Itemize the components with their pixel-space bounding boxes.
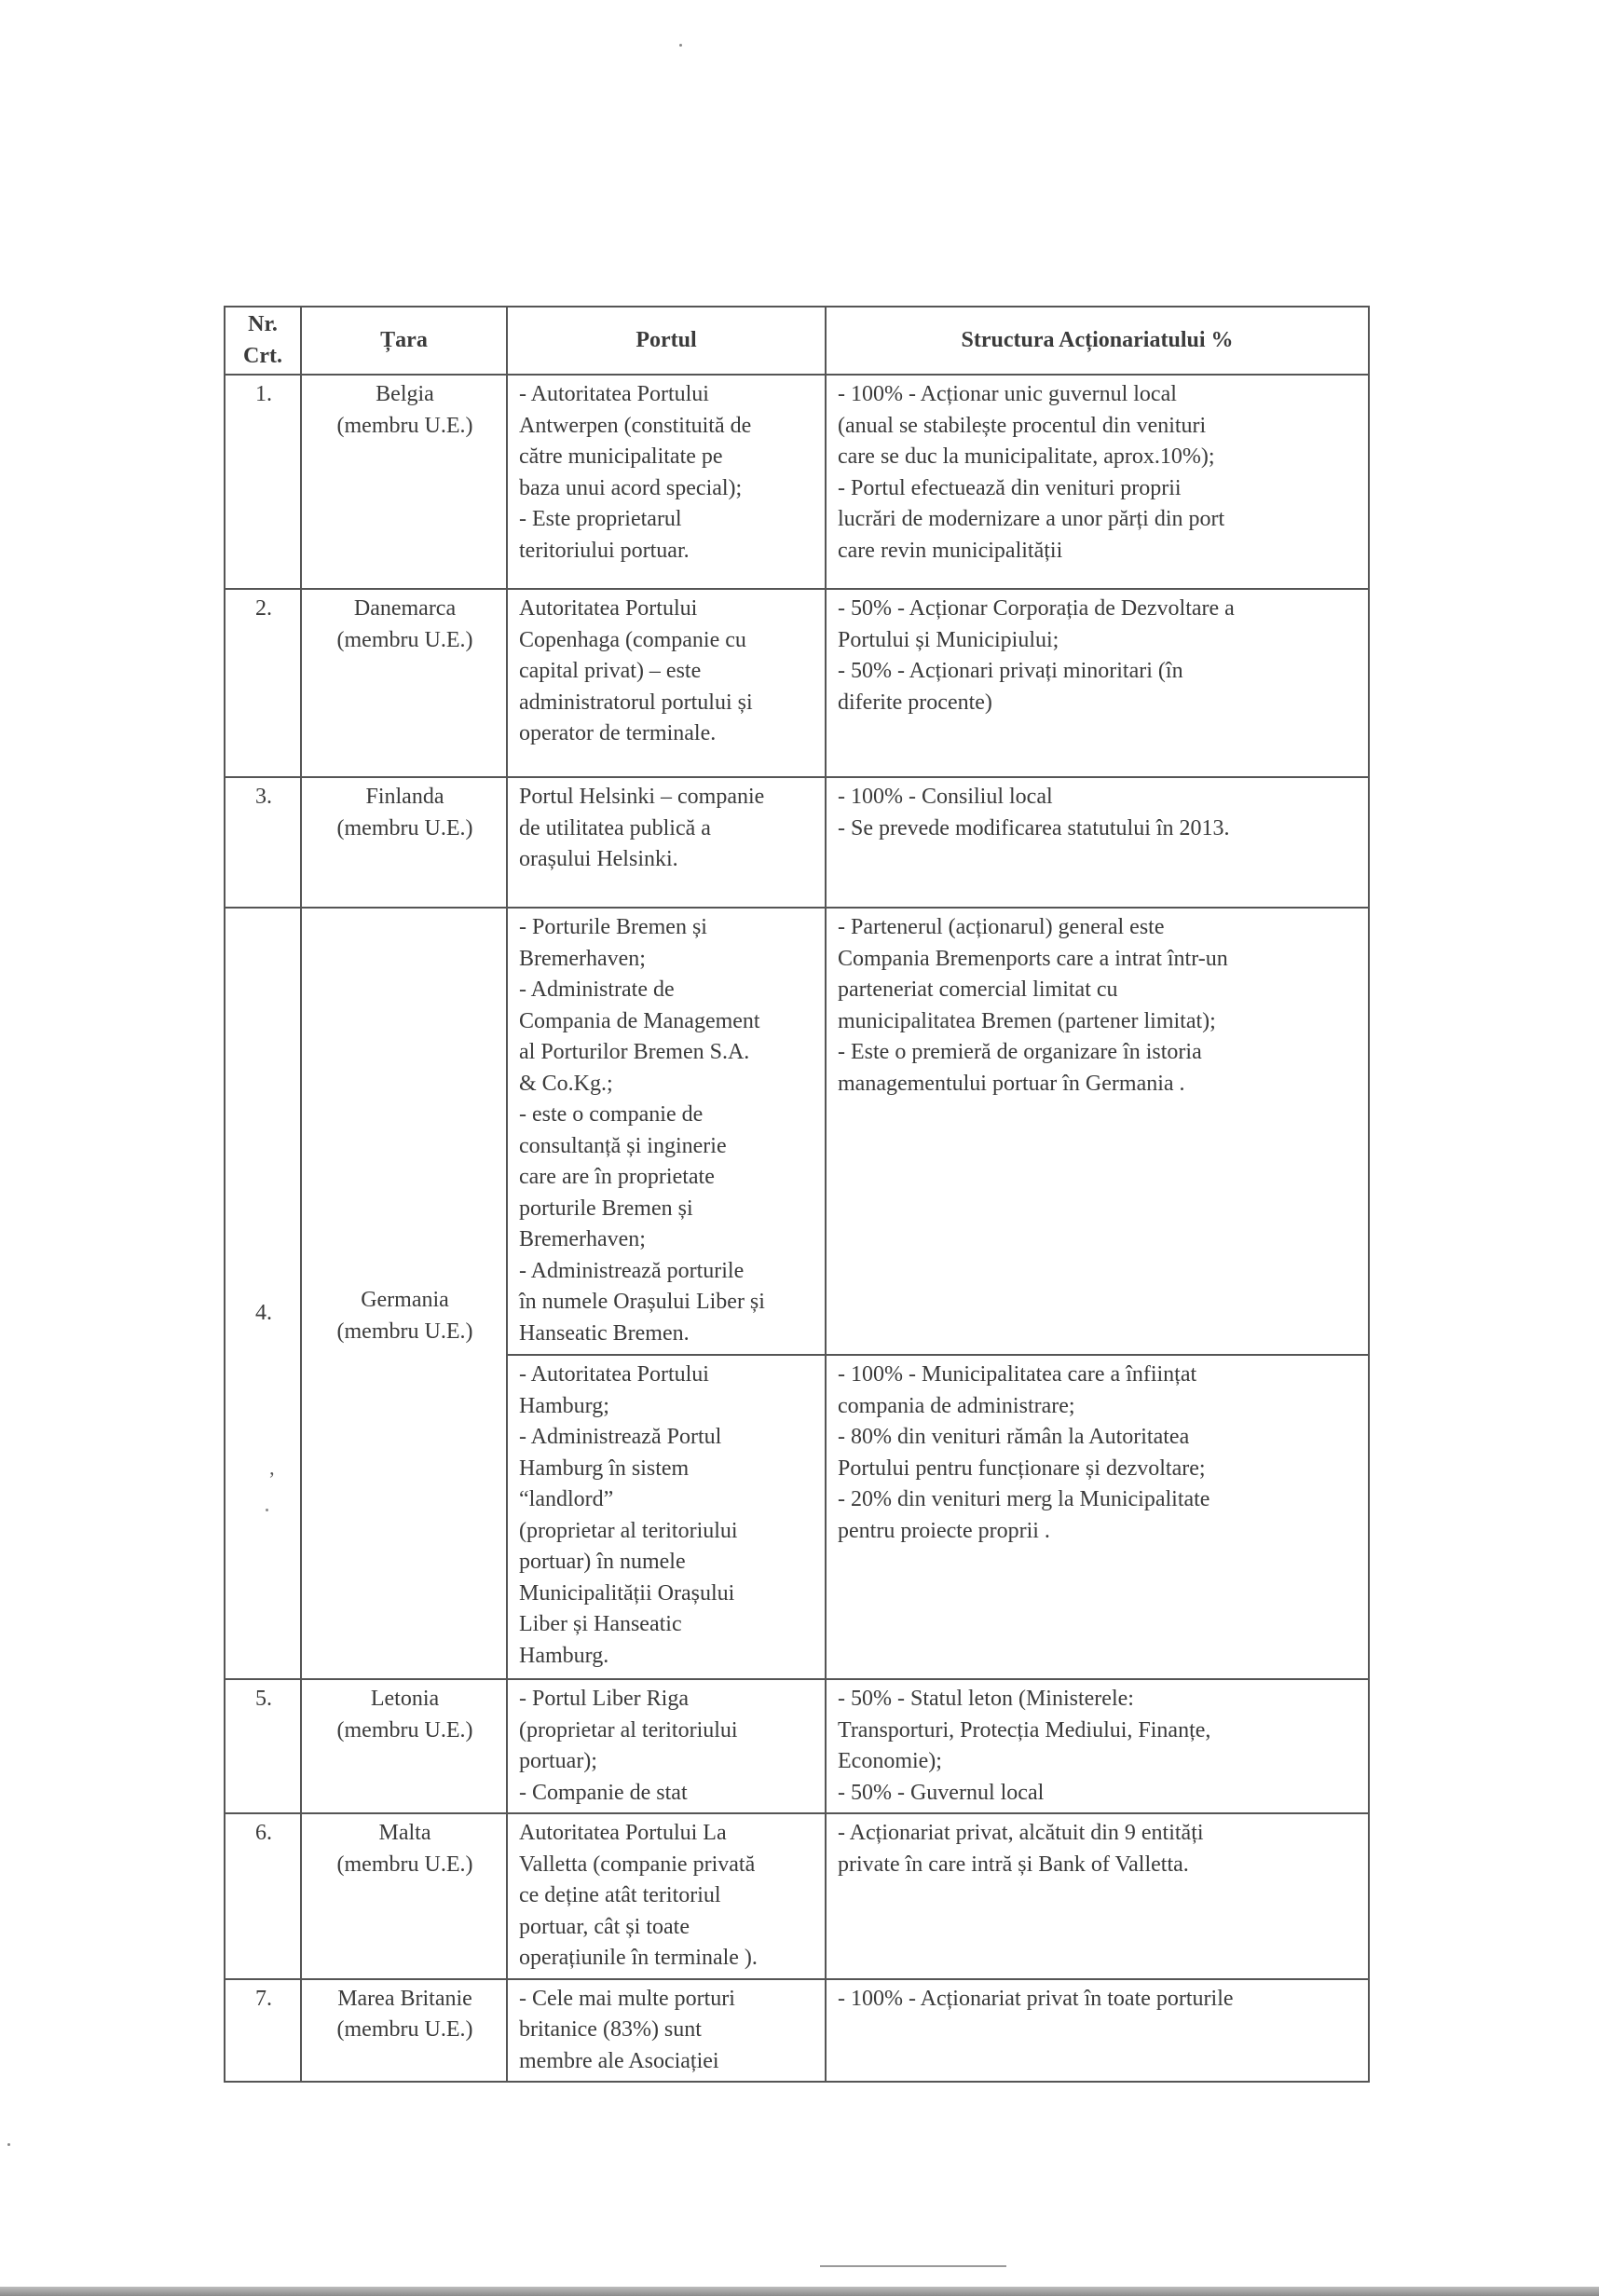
port-cell-line: membre ale Asociației (519, 2046, 815, 2078)
country-cell-line: (membru U.E.) (313, 813, 497, 845)
header-tara: Țara (301, 307, 507, 375)
port-cell-line: ce deține atât teritoriul (519, 1880, 815, 1912)
shareholding-cell-line: - Se prevede modificarea statutului în 2… (838, 813, 1359, 845)
country-cell: Belgia(membru U.E.) (301, 375, 507, 589)
port-cell-line: Hanseatic Bremen. (519, 1319, 815, 1350)
port-cell-line: - Administrează porturile (519, 1256, 815, 1288)
country-cell: Finlanda(membru U.E.) (301, 777, 507, 908)
shareholding-cell-line: Economie); (838, 1746, 1359, 1778)
scan-artifact-line (820, 2265, 1006, 2267)
port-cell-line: consultanță și inginerie (519, 1131, 815, 1163)
scanned-page: Nr. Crt. Țara Portul Structura Acționari… (0, 0, 1599, 2296)
port-cell: - Porturile Bremen șiBremerhaven;- Admin… (507, 908, 826, 1355)
shareholding-cell-line: Portului pentru funcționare și dezvoltar… (838, 1454, 1359, 1485)
country-cell: Danemarca(membru U.E.) (301, 589, 507, 777)
port-cell-line: Bremerhaven; (519, 944, 815, 976)
shareholding-cell-line: care se duc la municipalitate, aprox.10%… (838, 442, 1359, 473)
port-cell-line: al Porturilor Bremen S.A. (519, 1037, 815, 1069)
port-cell: - Cele mai multe porturibritanice (83%) … (507, 1979, 826, 2083)
shareholding-cell: - 100% - Consiliul local- Se prevede mod… (826, 777, 1369, 908)
port-cell-line: care are în proprietate (519, 1162, 815, 1194)
shareholding-cell-line: - 50% - Acționar Corporația de Dezvoltar… (838, 594, 1359, 625)
port-cell-line: capital privat) – este (519, 656, 815, 688)
port-cell: Portul Helsinki – companiede utilitatea … (507, 777, 826, 908)
shareholding-cell: - 50% - Statul leton (Ministerele:Transp… (826, 1679, 1369, 1813)
shareholding-cell-line: - 80% din venituri rămân la Autoritatea (838, 1422, 1359, 1454)
port-cell-line: de utilitatea publică a (519, 813, 815, 845)
country-cell-line: (membru U.E.) (313, 411, 497, 443)
port-cell-line: Hamburg; (519, 1391, 815, 1423)
port-cell-line: Copenhaga (companie cu (519, 625, 815, 657)
country-cell-line: Finlanda (313, 782, 497, 813)
table-row: 3.Finlanda(membru U.E.)Portul Helsinki –… (225, 777, 1369, 908)
table-row: 2.Danemarca(membru U.E.)Autoritatea Port… (225, 589, 1369, 777)
shareholding-cell: - Acționariat privat, alcătuit din 9 ent… (826, 1813, 1369, 1979)
port-cell-line: portuar); (519, 1746, 815, 1778)
country-cell-line: (membru U.E.) (313, 625, 497, 657)
ports-shareholding-table: Nr. Crt. Țara Portul Structura Acționari… (224, 306, 1370, 2083)
port-cell-line: în numele Orașului Liber și (519, 1287, 815, 1319)
shareholding-cell: - 50% - Acționar Corporația de Dezvoltar… (826, 589, 1369, 777)
shareholding-cell-line: private în care intră și Bank of Vallett… (838, 1850, 1359, 1881)
shareholding-cell-line: - Acționariat privat, alcătuit din 9 ent… (838, 1818, 1359, 1850)
shareholding-cell: - 100% - Acționar unic guvernul local(an… (826, 375, 1369, 589)
country-cell-line: (membru U.E.) (313, 2015, 497, 2046)
port-cell-line: - Porturile Bremen și (519, 912, 815, 944)
shareholding-cell-line: - 100% - Municipalitatea care a înființa… (838, 1360, 1359, 1391)
country-cell: Germania(membru U.E.) (301, 908, 507, 1679)
port-cell-line: porturile Bremen și (519, 1194, 815, 1225)
port-cell-line: Valletta (companie privată (519, 1850, 815, 1881)
port-cell: Autoritatea Portului LaValletta (compani… (507, 1813, 826, 1979)
country-cell-line: Marea Britanie (313, 1984, 497, 2016)
shareholding-cell-line: pentru proiecte proprii . (838, 1516, 1359, 1548)
shareholding-cell-line: compania de administrare; (838, 1391, 1359, 1423)
shareholding-cell-line: - 50% - Guvernul local (838, 1778, 1359, 1810)
port-cell-line: (proprietar al teritoriului (519, 1516, 815, 1548)
country-cell: Letonia(membru U.E.) (301, 1679, 507, 1813)
table-row: 4.Germania(membru U.E.)- Porturile Breme… (225, 908, 1369, 1355)
shareholding-cell-line: - Este o premieră de organizare în istor… (838, 1037, 1359, 1069)
scan-speck (7, 2143, 10, 2146)
port-cell: - Portul Liber Riga(proprietar al terito… (507, 1679, 826, 1813)
shareholding-cell: - Partenerul (acționarul) general esteCo… (826, 908, 1369, 1355)
shareholding-cell-line: Portului și Municipiului; (838, 625, 1359, 657)
scan-bottom-shadow (0, 2287, 1599, 2296)
shareholding-cell-line: municipalitatea Bremen (partener limitat… (838, 1006, 1359, 1038)
row-number: 5. (225, 1679, 301, 1813)
port-cell-line: - Este proprietarul (519, 504, 815, 536)
port-cell-line: Autoritatea Portului (519, 594, 815, 625)
row-number: 2. (225, 589, 301, 777)
table-row: 5.Letonia(membru U.E.)- Portul Liber Rig… (225, 1679, 1369, 1813)
port-cell-line: - Administrate de (519, 975, 815, 1006)
header-structura: Structura Acționariatului % (826, 307, 1369, 375)
port-cell-line: către municipalitate pe (519, 442, 815, 473)
port-cell-line: - Administrează Portul (519, 1422, 815, 1454)
port-cell-line: Hamburg. (519, 1641, 815, 1673)
header-nr-crt: Nr. Crt. (225, 307, 301, 375)
scan-speck (266, 1509, 268, 1511)
table-row: 7.Marea Britanie(membru U.E.)- Cele mai … (225, 1979, 1369, 2083)
port-cell-line: “landlord” (519, 1484, 815, 1516)
stray-pen-mark: ʼ (268, 1468, 275, 1492)
port-cell-line: Hamburg în sistem (519, 1454, 815, 1485)
port-cell-line: Bremerhaven; (519, 1224, 815, 1256)
country-cell: Marea Britanie(membru U.E.) (301, 1979, 507, 2083)
shareholding-cell: - 100% - Municipalitatea care a înființa… (826, 1355, 1369, 1679)
port-cell-line: Municipalității Orașului (519, 1578, 815, 1610)
port-cell-line: - Autoritatea Portului (519, 379, 815, 411)
shareholding-cell-line: - 20% din venituri merg la Municipalitat… (838, 1484, 1359, 1516)
port-cell-line: - Autoritatea Portului (519, 1360, 815, 1391)
port-cell-line: - este o companie de (519, 1100, 815, 1131)
scan-speck (679, 44, 682, 47)
shareholding-cell-line: parteneriat comercial limitat cu (838, 975, 1359, 1006)
country-cell-line: Malta (313, 1818, 497, 1850)
row-number: 3. (225, 777, 301, 908)
port-cell: Autoritatea PortuluiCopenhaga (companie … (507, 589, 826, 777)
shareholding-cell-line: - 50% - Acționari privați minoritari (în (838, 656, 1359, 688)
table-header-row: Nr. Crt. Țara Portul Structura Acționari… (225, 307, 1369, 375)
shareholding-cell-line: - 100% - Acționar unic guvernul local (838, 379, 1359, 411)
row-number: 6. (225, 1813, 301, 1979)
shareholding-cell-line: - 50% - Statul leton (Ministerele: (838, 1684, 1359, 1715)
port-cell: - Autoritatea PortuluiAntwerpen (constit… (507, 375, 826, 589)
header-crt-line: Crt. (229, 341, 296, 373)
shareholding-cell-line: - 100% - Acționariat privat în toate por… (838, 1984, 1359, 2016)
shareholding-cell-line: - 100% - Consiliul local (838, 782, 1359, 813)
port-cell-line: - Companie de stat (519, 1778, 815, 1810)
country-cell-line: (membru U.E.) (313, 1317, 497, 1348)
port-cell-line: - Portul Liber Riga (519, 1684, 815, 1715)
table-row: 6.Malta(membru U.E.)Autoritatea Portului… (225, 1813, 1369, 1979)
shareholding-cell-line: - Partenerul (acționarul) general este (838, 912, 1359, 944)
shareholding-cell-line: managementului portuar în Germania . (838, 1069, 1359, 1100)
shareholding-cell-line: diferite procente) (838, 688, 1359, 719)
header-nr-line: Nr. (229, 309, 296, 341)
shareholding-cell-line: (anual se stabilește procentul din venit… (838, 411, 1359, 443)
shareholding-cell-line: care revin municipalității (838, 536, 1359, 567)
port-cell-line: orașului Helsinki. (519, 844, 815, 876)
port-cell-line: Autoritatea Portului La (519, 1818, 815, 1850)
port-cell-line: - Cele mai multe porturi (519, 1984, 815, 2016)
port-cell: - Autoritatea PortuluiHamburg;- Administ… (507, 1355, 826, 1679)
country-cell: Malta(membru U.E.) (301, 1813, 507, 1979)
country-cell-line: Danemarca (313, 594, 497, 625)
port-cell-line: portuar) în numele (519, 1547, 815, 1578)
row-number: 1. (225, 375, 301, 589)
shareholding-cell-line: Compania Bremenports care a intrat într-… (838, 944, 1359, 976)
port-cell-line: Compania de Management (519, 1006, 815, 1038)
port-cell-line: administratorul portului și (519, 688, 815, 719)
port-cell-line: baza unui acord special); (519, 473, 815, 505)
row-number: 7. (225, 1979, 301, 2083)
port-cell-line: Liber și Hanseatic (519, 1609, 815, 1641)
port-cell-line: teritoriului portuar. (519, 536, 815, 567)
port-cell-line: portuar, cât și toate (519, 1912, 815, 1944)
table-row: 1.Belgia(membru U.E.)- Autoritatea Portu… (225, 375, 1369, 589)
row-number: 4. (225, 908, 301, 1679)
shareholding-cell: - 100% - Acționariat privat în toate por… (826, 1979, 1369, 2083)
header-portul: Portul (507, 307, 826, 375)
country-cell-line: (membru U.E.) (313, 1850, 497, 1881)
port-cell-line: (proprietar al teritoriului (519, 1715, 815, 1747)
country-cell-line: Belgia (313, 379, 497, 411)
port-cell-line: Portul Helsinki – companie (519, 782, 815, 813)
port-cell-line: Antwerpen (constituită de (519, 411, 815, 443)
country-cell-line: Letonia (313, 1684, 497, 1715)
country-cell-line: Germania (313, 1285, 497, 1317)
shareholding-cell-line: Transporturi, Protecția Mediului, Finanț… (838, 1715, 1359, 1747)
shareholding-cell-line: lucrări de modernizare a unor părți din … (838, 504, 1359, 536)
port-cell-line: & Co.Kg.; (519, 1069, 815, 1100)
shareholding-cell-line: - Portul efectuează din venituri proprii (838, 473, 1359, 505)
port-cell-line: operator de terminale. (519, 718, 815, 750)
country-cell-line: (membru U.E.) (313, 1715, 497, 1747)
port-cell-line: operațiunile în terminale ). (519, 1943, 815, 1975)
port-cell-line: britanice (83%) sunt (519, 2015, 815, 2046)
